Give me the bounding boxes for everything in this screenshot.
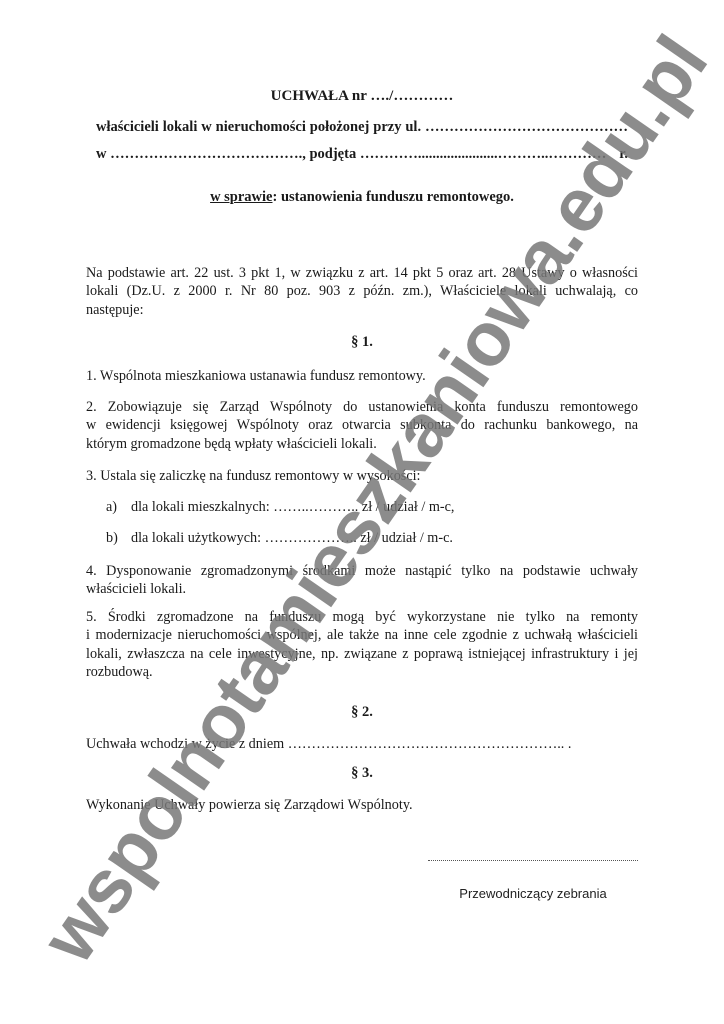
point-line: właścicieli lokali. (86, 580, 638, 598)
section-3-text: Wykonanie Uchwały powierza się Zarządowi… (86, 796, 638, 814)
point-1: 1. Wspólnota mieszkaniowa ustanawia fund… (86, 367, 638, 385)
header-place-date-text: w …………………………………., podjęta …………..........… (96, 146, 617, 163)
point-line: lokali, zwłaszcza na cele inwestycyjne, … (86, 645, 638, 663)
list-marker: b) (106, 530, 131, 547)
preamble-line: lokali (Dz.U. z 2000 r. Nr 80 poz. 903 z… (86, 282, 638, 300)
header-place-date-line: w …………………………………., podjęta …………..........… (96, 146, 628, 163)
preamble-line: Na podstawie art. 22 ust. 3 pkt 1, w zwi… (86, 264, 638, 282)
point-line: w ewidencji księgowej Wspólnoty oraz otw… (86, 416, 638, 434)
section-heading-1: § 1. (0, 334, 724, 351)
point-line: 4. Dysponowanie zgromadzonymi środkami m… (86, 562, 638, 580)
section-heading-3: § 3. (0, 765, 724, 782)
point-5: 5. Środki zgromadzone na funduszu mogą b… (86, 608, 638, 681)
list-item-a: a)dla lokali mieszkalnych: ……..……….. zł … (106, 499, 454, 516)
subject-text: : ustanowienia funduszu remontowego. (273, 189, 514, 205)
signature-label: Przewodniczący zebrania (428, 886, 638, 901)
point-2: 2. Zobowiązuje się Zarząd Wspólnoty do u… (86, 398, 638, 453)
point-line: 1. Wspólnota mieszkaniowa ustanawia fund… (86, 367, 638, 385)
document-page: UCHWAŁA nr …./………… właścicieli lokali w … (0, 0, 724, 1024)
resolution-title: UCHWAŁA nr …./………… (0, 88, 724, 105)
point-line: i modernizacje nieruchomości wspólnej, a… (86, 626, 638, 644)
point-line: 5. Środki zgromadzone na funduszu mogą b… (86, 608, 638, 626)
point-line: 3. Ustala się zaliczkę na fundusz remont… (86, 467, 638, 485)
execution-line: Wykonanie Uchwały powierza się Zarządowi… (86, 796, 638, 814)
list-item-text: dla lokali użytkowych: ……………….. zł / udz… (131, 530, 453, 546)
preamble: Na podstawie art. 22 ust. 3 pkt 1, w zwi… (86, 264, 638, 319)
point-3: 3. Ustala się zaliczkę na fundusz remont… (86, 467, 638, 485)
point-line: którym gromadzone będą wpłaty właściciel… (86, 435, 638, 453)
list-marker: a) (106, 499, 131, 516)
list-item-text: dla lokali mieszkalnych: ……..……….. zł / … (131, 499, 454, 515)
section-2-text: Uchwała wchodzi w życie z dniem ……………………… (86, 735, 638, 753)
header-year-suffix: r. (619, 146, 628, 163)
point-4: 4. Dysponowanie zgromadzonymi środkami m… (86, 562, 638, 599)
header-address-text: właścicieli lokali w nieruchomości położ… (96, 119, 628, 136)
subject-label: w sprawie (210, 189, 272, 205)
resolution-subject: w sprawie: ustanowienia funduszu remonto… (0, 189, 724, 206)
preamble-line: następuje: (86, 301, 638, 319)
section-heading-2: § 2. (0, 704, 724, 721)
point-line: rozbudową. (86, 663, 638, 681)
signature-line (428, 860, 638, 861)
effective-date-line: Uchwała wchodzi w życie z dniem ……………………… (86, 735, 638, 753)
point-line: 2. Zobowiązuje się Zarząd Wspólnoty do u… (86, 398, 638, 416)
header-address-line: właścicieli lokali w nieruchomości położ… (96, 119, 628, 136)
list-item-b: b)dla lokali użytkowych: ……………….. zł / u… (106, 530, 453, 547)
